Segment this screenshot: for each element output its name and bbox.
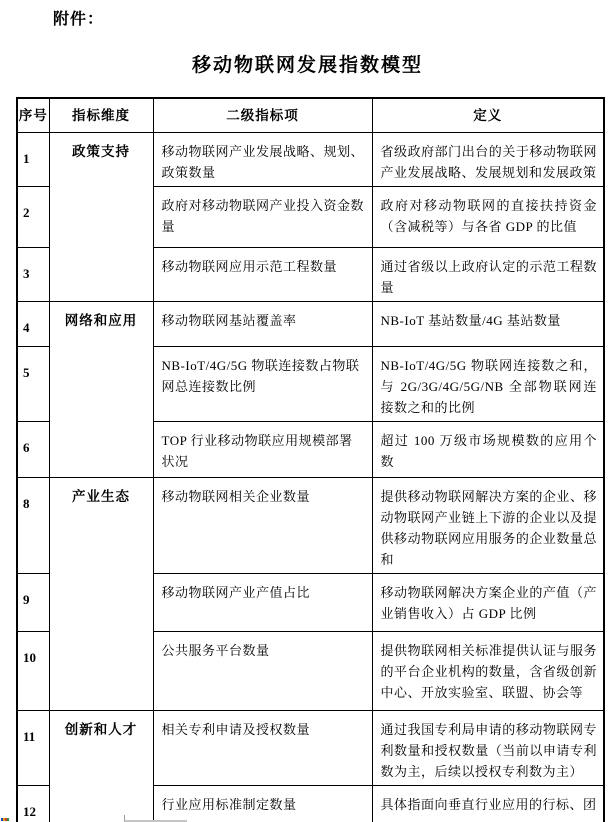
dimension-cell: 政策支持 xyxy=(49,132,153,301)
indicator-cell: 政府对移动物联网产业投入资金数量 xyxy=(153,186,372,247)
document-page: 附件： 移动物联网发展指数模型 序号指标维度二级指标项定义 1政策支持移动物联网… xyxy=(0,0,615,822)
table-header: 序号指标维度二级指标项定义 xyxy=(17,98,604,132)
dimension-cell: 网络和应用 xyxy=(49,301,153,477)
row-number-cell: 8 xyxy=(17,477,49,573)
attachment-label: 附件： xyxy=(53,6,104,29)
column-header: 序号 xyxy=(17,98,49,132)
table-row: 4网络和应用移动物联网基站覆盖率NB-IoT 基站数量/4G 基站数量 xyxy=(17,301,604,346)
dimension-cell: 创新和人才 xyxy=(49,710,153,822)
definition-cell: 政府对移动物联网的直接扶持资金（含减税等）与各省 GDP 的比值 xyxy=(372,186,604,247)
definition-cell: 提供移动物联网解决方案的企业、移动物联网产业链上下游的企业以及提供移动物联网应用… xyxy=(372,477,604,573)
definition-cell: NB-IoT/4G/5G 物联网连接数之和，与 2G/3G/4G/5G/NB 全… xyxy=(372,346,604,421)
table-row: 11创新和人才相关专利申请及授权数量通过我国专利局申请的移动物联网专利数量和授权… xyxy=(17,710,604,785)
row-number-cell: 5 xyxy=(17,346,49,421)
column-header: 指标维度 xyxy=(49,98,153,132)
color-pixel-artifact xyxy=(1,818,9,821)
row-number-cell: 4 xyxy=(17,301,49,346)
indicator-cell: TOP 行业移动物联应用规模部署状况 xyxy=(153,421,372,477)
row-number-cell: 9 xyxy=(17,573,49,631)
definition-cell: 提供物联网相关标准提供认证与服务的平台企业机构的数量，含省级创新中心、开放实验室… xyxy=(372,631,604,710)
definition-cell: 移动物联网解决方案企业的产值（产业销售收入）占 GDP 比例 xyxy=(372,573,604,631)
definition-cell: 具体指面向垂直行业应用的行标、团 xyxy=(372,785,604,822)
index-model-table: 序号指标维度二级指标项定义 1政策支持移动物联网产业发展战略、规划、政策数量省级… xyxy=(16,97,605,822)
row-number-cell: 11 xyxy=(17,710,49,785)
row-number-cell: 3 xyxy=(17,247,49,301)
row-number-cell: 12 xyxy=(17,785,49,822)
definition-cell: 通过省级以上政府认定的示范工程数量 xyxy=(372,247,604,301)
table-body: 1政策支持移动物联网产业发展战略、规划、政策数量省级政府部门出台的关于移动物联网… xyxy=(17,132,604,822)
indicator-cell: 移动物联网相关企业数量 xyxy=(153,477,372,573)
row-number-cell: 10 xyxy=(17,631,49,710)
page-title: 移动物联网发展指数模型 xyxy=(0,50,615,77)
indicator-cell: 相关专利申请及授权数量 xyxy=(153,710,372,785)
definition-cell: 通过我国专利局申请的移动物联网专利数量和授权数量（当前以申请专利数为主，后续以授… xyxy=(372,710,604,785)
indicator-cell: NB-IoT/4G/5G 物联连接数占物联网总连接数比例 xyxy=(153,346,372,421)
indicator-cell: 移动物联网基站覆盖率 xyxy=(153,301,372,346)
indicator-cell: 移动物联网产业产值占比 xyxy=(153,573,372,631)
definition-cell: NB-IoT 基站数量/4G 基站数量 xyxy=(372,301,604,346)
table-row: 1政策支持移动物联网产业发展战略、规划、政策数量省级政府部门出台的关于移动物联网… xyxy=(17,132,604,186)
indicator-cell: 移动物联网应用示范工程数量 xyxy=(153,247,372,301)
indicator-cell: 移动物联网产业发展战略、规划、政策数量 xyxy=(153,132,372,186)
row-number-cell: 6 xyxy=(17,421,49,477)
definition-cell: 超过 100 万级市场规模数的应用个数 xyxy=(372,421,604,477)
dimension-cell: 产业生态 xyxy=(49,477,153,710)
next-page-table-fragment xyxy=(124,815,187,822)
header-row: 序号指标维度二级指标项定义 xyxy=(17,98,604,132)
column-header: 二级指标项 xyxy=(153,98,372,132)
definition-cell: 省级政府部门出台的关于移动物联网产业发展战略、发展规划和发展政策 xyxy=(372,132,604,186)
row-number-cell: 1 xyxy=(17,132,49,186)
indicator-cell: 公共服务平台数量 xyxy=(153,631,372,710)
column-header: 定义 xyxy=(372,98,604,132)
table-row: 8产业生态移动物联网相关企业数量提供移动物联网解决方案的企业、移动物联网产业链上… xyxy=(17,477,604,573)
row-number-cell: 2 xyxy=(17,186,49,247)
